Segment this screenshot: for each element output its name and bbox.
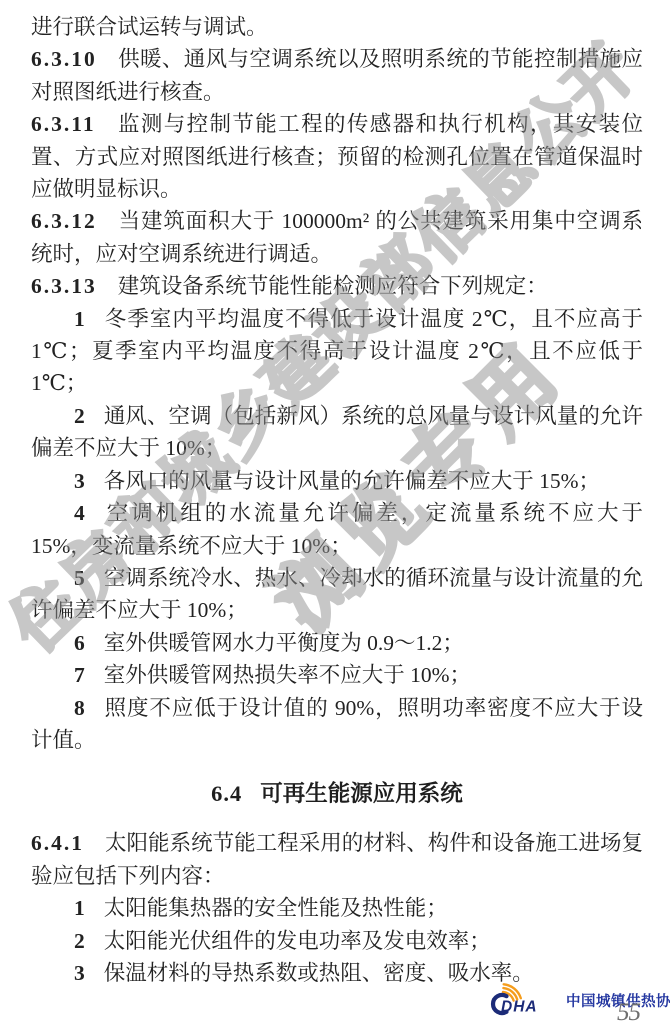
document-content: 进行联合试运转与调试。 6.3.10供暖、通风与空调系统以及照明系统的节能控制措… — [31, 11, 643, 989]
list-item-7: 7室外供暖管网热损失率不应大于 10%； — [31, 659, 643, 691]
list-item-2: 2通风、空调（包括新风）系统的总风量与设计风量的允许偏差不应大于 10%； — [31, 400, 643, 465]
clause-6-3-11: 6.3.11监测与控制节能工程的传感器和执行机构，其安装位置、方式应对照图纸进行… — [31, 108, 643, 205]
clause-text: 供暖、通风与空调系统以及照明系统的节能控制措施应对照图纸进行核查。 — [31, 47, 643, 103]
clause-6-3-12: 6.3.12当建筑面积大于 100000m² 的公共建筑采用集中空调系统时，应对… — [31, 205, 643, 270]
item-text: 太阳能光伏组件的发电功率及发电效率； — [104, 929, 491, 953]
item-number: 5 — [74, 566, 85, 590]
clause-number: 6.3.11 — [31, 112, 96, 136]
item-number: 1 — [74, 896, 85, 920]
item-number: 1 — [74, 307, 85, 331]
list-item-3: 3各风口的风量与设计风量的允许偏差不应大于 15%； — [31, 465, 643, 497]
section-heading: 6.4可再生能源应用系统 — [31, 777, 643, 811]
item-text: 通风、空调（包括新风）系统的总风量与设计风量的允许偏差不应大于 10%； — [31, 404, 643, 460]
clause-text: 太阳能系统节能工程采用的材料、构件和设备施工进场复验应包括下列内容： — [31, 831, 643, 887]
list-item-1: 1太阳能集热器的安全性能及热性能； — [31, 892, 643, 924]
list-item-4: 4空调机组的水流量允许偏差，定流量系统不应大于 15%，变流量系统不应大于 10… — [31, 497, 643, 562]
list-item-2: 2太阳能光伏组件的发电功率及发电效率； — [31, 925, 643, 957]
item-number: 7 — [74, 663, 85, 687]
item-text: 空调机组的水流量允许偏差，定流量系统不应大于 15%，变流量系统不应大于 10%… — [31, 501, 643, 557]
clause-text: 建筑设备系统节能性能检测应符合下列规定： — [118, 274, 548, 298]
clause-number: 6.3.12 — [31, 209, 97, 233]
item-text: 照度不应低于设计值的 90%，照明功率密度不应大于设计值。 — [31, 696, 643, 752]
association-logo: DHA 中国城镇供热协会 — [489, 983, 670, 1017]
clause-number: 6.3.13 — [31, 274, 97, 298]
item-number: 8 — [74, 696, 85, 720]
section-title: 可再生能源应用系统 — [260, 781, 463, 806]
item-number: 3 — [74, 961, 85, 985]
list-item-6: 6室外供暖管网水力平衡度为 0.9～1.2； — [31, 627, 643, 659]
clause-text: 当建筑面积大于 100000m² 的公共建筑采用集中空调系统时，应对空调系统进行… — [31, 209, 643, 265]
page-number: 55 — [617, 999, 640, 1027]
clause-6-3-10: 6.3.10供暖、通风与空调系统以及照明系统的节能控制措施应对照图纸进行核查。 — [31, 43, 643, 108]
item-text: 各风口的风量与设计风量的允许偏差不应大于 15%； — [104, 469, 600, 493]
item-number: 2 — [74, 929, 85, 953]
clause-number: 6.4.1 — [31, 831, 84, 855]
paragraph-continuation: 进行联合试运转与调试。 — [31, 11, 643, 43]
logo-acronym: DHA — [501, 999, 538, 1016]
section-number: 6.4 — [211, 781, 242, 806]
item-text: 保温材料的导热系数或热阻、密度、吸水率。 — [104, 961, 534, 985]
item-number: 2 — [74, 404, 85, 428]
item-number: 4 — [74, 501, 85, 525]
list-item-8: 8照度不应低于设计值的 90%，照明功率密度不应大于设计值。 — [31, 692, 643, 757]
dha-logo-icon: DHA — [489, 983, 563, 1017]
item-text: 室外供暖管网热损失率不应大于 10%； — [104, 663, 471, 687]
clause-number: 6.3.10 — [31, 47, 97, 71]
clause-text: 监测与控制节能工程的传感器和执行机构，其安装位置、方式应对照图纸进行核查；预留的… — [31, 112, 643, 201]
document-page: 住房和城乡建设部信息公开 浏览专用 进行联合试运转与调试。 6.3.10供暖、通… — [0, 0, 670, 1033]
item-number: 6 — [74, 631, 85, 655]
item-text: 冬季室内平均温度不得低于设计温度 2℃，且不应高于 1℃；夏季室内平均温度不得高… — [31, 307, 643, 396]
item-text: 空调系统冷水、热水、冷却水的循环流量与设计流量的允许偏差不应大于 10%； — [31, 566, 643, 622]
item-number: 3 — [74, 469, 85, 493]
list-item-5: 5空调系统冷水、热水、冷却水的循环流量与设计流量的允许偏差不应大于 10%； — [31, 562, 643, 627]
clause-6-4-1: 6.4.1太阳能系统节能工程采用的材料、构件和设备施工进场复验应包括下列内容： — [31, 827, 643, 892]
paragraph-text: 进行联合试运转与调试。 — [31, 15, 268, 39]
item-text: 室外供暖管网水力平衡度为 0.9～1.2； — [104, 631, 464, 655]
clause-6-3-13: 6.3.13建筑设备系统节能性能检测应符合下列规定： — [31, 270, 643, 302]
item-text: 太阳能集热器的安全性能及热性能； — [104, 896, 448, 920]
list-item-1: 1冬季室内平均温度不得低于设计温度 2℃，且不应高于 1℃；夏季室内平均温度不得… — [31, 303, 643, 400]
